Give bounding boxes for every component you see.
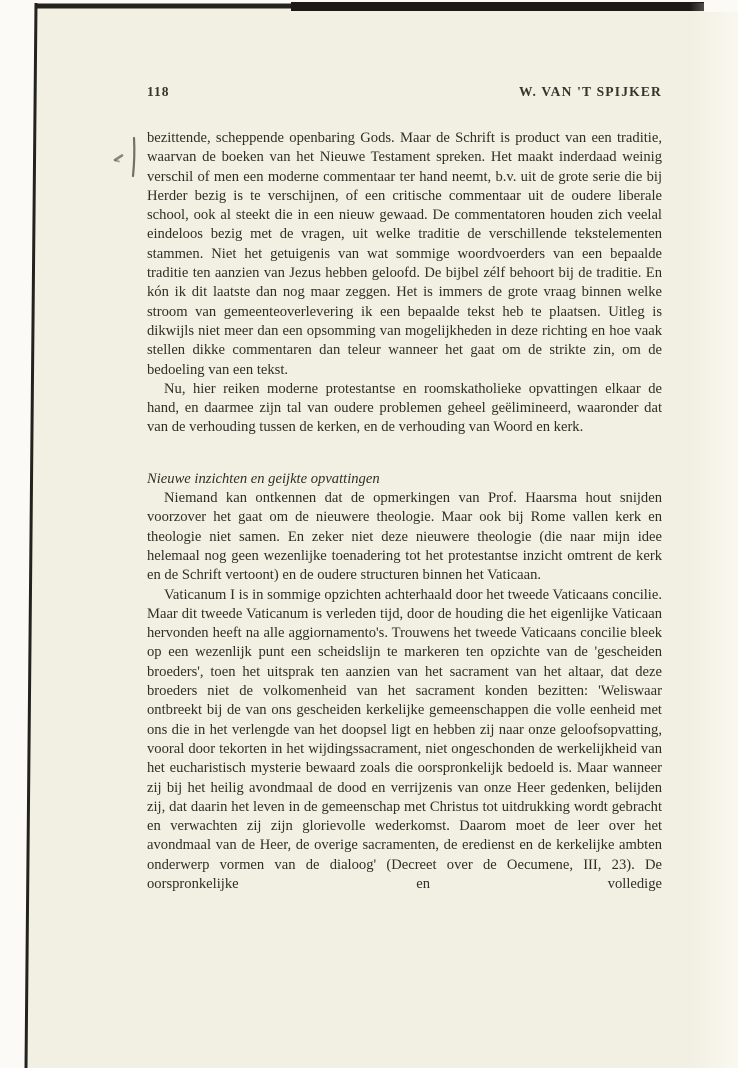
scan-right-vignette: [690, 3, 738, 1068]
page-header: 118 W. VAN 'T SPIJKER: [147, 84, 662, 100]
paragraph-4: Vaticanum I is in sommige opzichten acht…: [147, 586, 662, 895]
section-heading: Nieuwe inzichten en geijkte opvattingen: [147, 470, 662, 489]
page-number: 118: [147, 84, 170, 100]
paragraph-2: Nu, hier reiken moderne protestantse en …: [147, 380, 662, 438]
running-head: W. VAN 'T SPIJKER: [519, 84, 662, 100]
scanned-book-page: 118 W. VAN 'T SPIJKER bezittende, schepp…: [0, 0, 738, 1068]
paragraph-3: Niemand kan ontkennen dat de opmerkingen…: [147, 489, 662, 585]
scan-edge-top-bar-thick: [291, 2, 704, 11]
paragraph-1: bezittende, scheppende openbaring Gods. …: [147, 129, 662, 380]
scan-edge-top-bar-thin: [36, 4, 293, 9]
body-text: bezittende, scheppende openbaring Gods. …: [147, 129, 662, 894]
